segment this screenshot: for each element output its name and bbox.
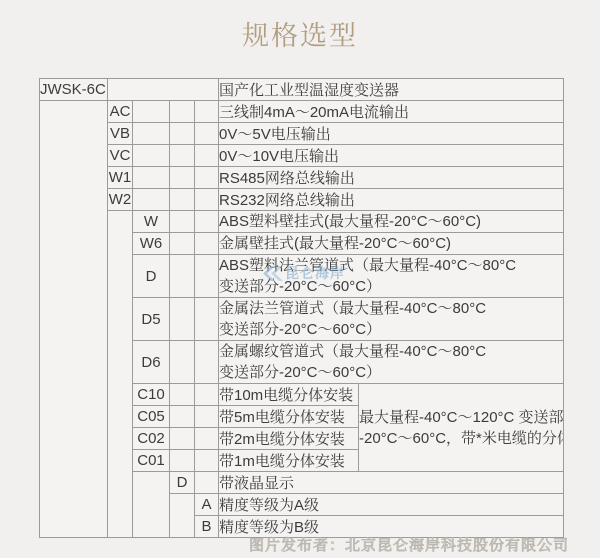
empty-cell [133,145,170,167]
desc-line: 变送部分-20°C～60°C） [219,362,563,383]
option-code: W [133,211,170,233]
model-code-cell: JWSK-6C [40,79,108,101]
table-row: VC 0V～10V电压输出 [40,145,564,167]
option-code: W1 [108,167,133,189]
empty-cell [170,211,195,233]
empty-cell [195,472,219,494]
option-desc: 带液晶显示 [219,472,564,494]
option-desc: RS232网络总线输出 [219,189,564,211]
empty-cell [195,145,219,167]
option-code: D [133,255,170,298]
empty-column-lcd [170,494,195,538]
option-desc: 金属壁挂式(最大量程-20°C～60°C) [219,233,564,255]
empty-cell [133,123,170,145]
option-desc: 0V～10V电压输出 [219,145,564,167]
cable-range-note: 最大量程-40°C～120°C 变送部分 -20°C～60°C，带*米电缆的分体… [359,384,564,472]
empty-cell [195,167,219,189]
empty-cell [170,341,195,384]
option-code: VC [108,145,133,167]
page-title: 规格选型 [0,14,600,53]
table-row: AC 三线制4mA～20mA电流输出 [40,101,564,123]
option-desc: 带2m电缆分体安装 [219,428,359,450]
empty-cell [195,211,219,233]
option-desc: 带1m电缆分体安装 [219,450,359,472]
empty-cell [133,189,170,211]
option-desc: 0V～5V电压输出 [219,123,564,145]
empty-cell [195,450,219,472]
table-row: VB 0V～5V电压输出 [40,123,564,145]
option-desc: RS485网络总线输出 [219,167,564,189]
option-code: W6 [133,233,170,255]
empty-cell [133,101,170,123]
option-code: C10 [133,384,170,406]
empty-cell [170,255,195,298]
option-desc: 带5m电缆分体安装 [219,406,359,428]
empty-cell [170,101,195,123]
empty-cell [133,167,170,189]
empty-cell [170,233,195,255]
option-desc: 带10m电缆分体安装 [219,384,359,406]
empty-column-housing [133,472,170,538]
empty-cell [195,341,219,384]
empty-cell [195,189,219,211]
empty-cell [195,123,219,145]
empty-cell [170,145,195,167]
empty-column-model [40,101,108,538]
note-line: -20°C～60°C，带*米电缆的分体式 [359,428,563,449]
option-code: C05 [133,406,170,428]
empty-cell [108,79,219,101]
option-code: D5 [133,298,170,341]
desc-line: 变送部分-20°C～60°C） [219,276,563,297]
desc-line: 金属螺纹管道式（最大量程-40°C～80°C [219,341,563,362]
empty-cell [170,298,195,341]
desc-line: ABS塑料法兰管道式（最大量程-40°C～80°C [219,255,563,276]
empty-cell [195,233,219,255]
note-line: 最大量程-40°C～120°C 变送部分 [359,407,563,428]
option-code: C02 [133,428,170,450]
model-desc-cell: 国产化工业型温湿度变送器 [219,79,564,101]
empty-cell [195,428,219,450]
empty-cell [170,406,195,428]
empty-cell [195,298,219,341]
empty-cell [170,450,195,472]
spec-selection-table: JWSK-6C 国产化工业型温湿度变送器 AC 三线制4mA～20mA电流输出 … [39,78,564,538]
desc-line: ABS塑料壁挂式(最大量程-20°C～60°C) [219,211,563,232]
empty-cell [170,167,195,189]
empty-cell [170,384,195,406]
table-row: W2 RS232网络总线输出 [40,189,564,211]
option-code: A [195,494,219,516]
empty-column-output [108,211,133,538]
empty-cell [195,101,219,123]
option-code: D6 [133,341,170,384]
option-desc: 精度等级为A级 [219,494,564,516]
option-desc: ABS塑料法兰管道式（最大量程-40°C～80°C 变送部分-20°C～60°C… [219,255,564,298]
empty-cell [195,384,219,406]
table-row: W ABS塑料壁挂式(最大量程-20°C～60°C) [40,211,564,233]
option-code: D [170,472,195,494]
option-code: B [195,516,219,538]
option-code: AC [108,101,133,123]
empty-cell [170,428,195,450]
empty-cell [170,189,195,211]
option-code: VB [108,123,133,145]
empty-cell [195,255,219,298]
empty-cell [170,123,195,145]
desc-line: 金属法兰管道式（最大量程-40°C～80°C [219,298,563,319]
empty-cell [195,406,219,428]
option-code: C01 [133,450,170,472]
option-desc: 三线制4mA～20mA电流输出 [219,101,564,123]
option-desc: ABS塑料壁挂式(最大量程-20°C～60°C) [219,211,564,233]
option-desc: 金属螺纹管道式（最大量程-40°C～80°C 变送部分-20°C～60°C） [219,341,564,384]
option-code: W2 [108,189,133,211]
option-desc: 金属法兰管道式（最大量程-40°C～80°C 变送部分-20°C～60°C） [219,298,564,341]
desc-line: 金属壁挂式(最大量程-20°C～60°C) [219,233,563,254]
publisher-caption: 图片发布者：北京昆仑海岸科技股份有限公司 [249,534,569,555]
table-row: JWSK-6C 国产化工业型温湿度变送器 [40,79,564,101]
table-row: W1 RS485网络总线输出 [40,167,564,189]
desc-line: 变送部分-20°C～60°C） [219,319,563,340]
